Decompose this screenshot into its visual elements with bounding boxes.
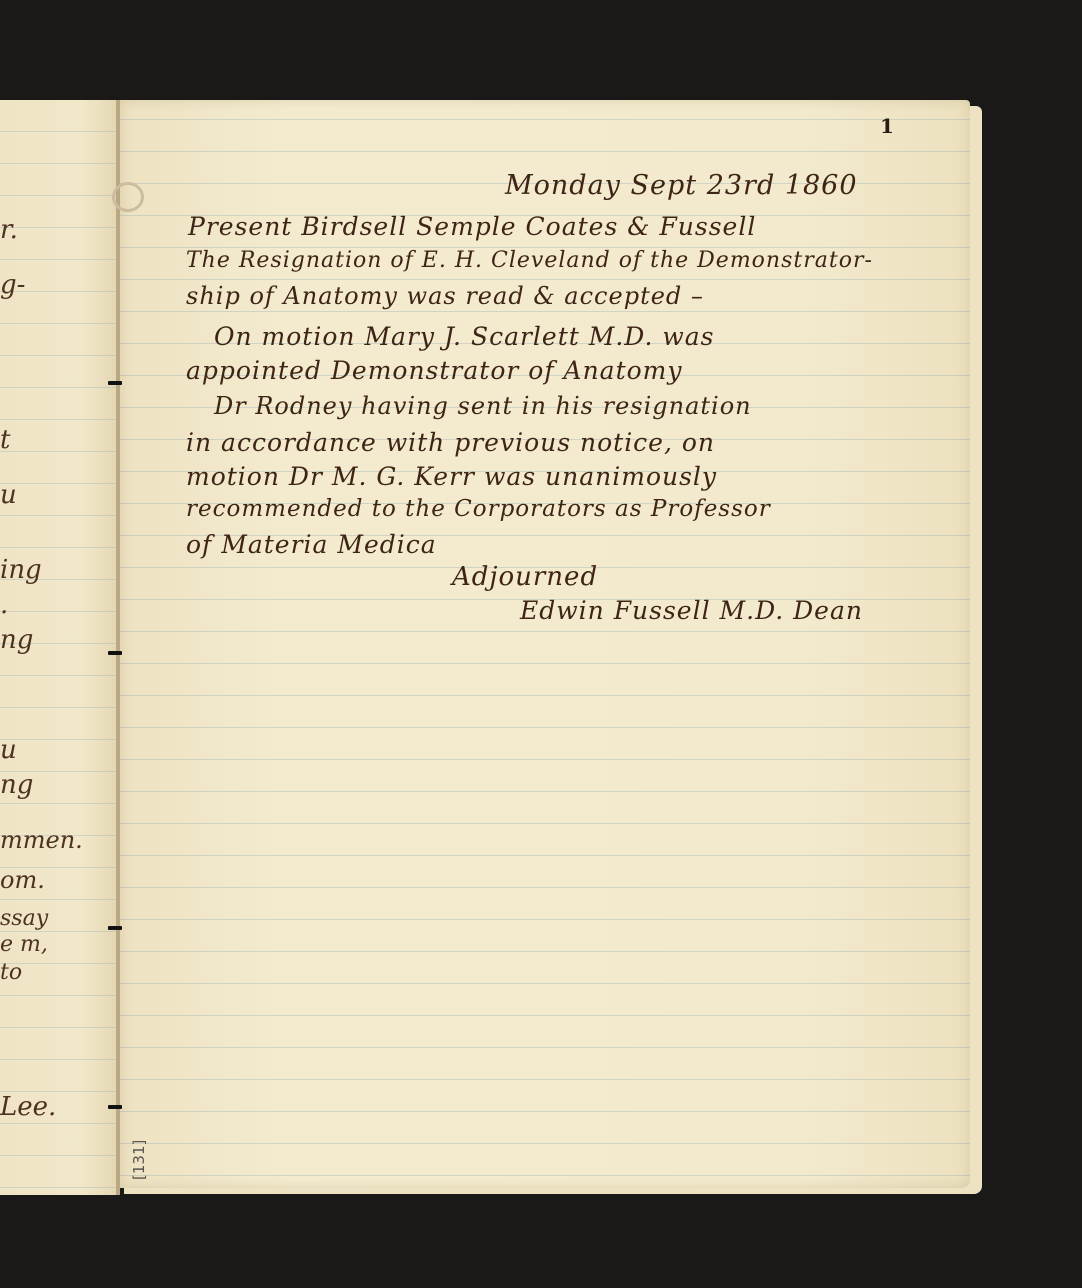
binding-stitch — [108, 381, 122, 385]
entry-line: appointed Demonstrator of Anatomy — [186, 356, 683, 385]
entry-line: recommended to the Corporators as Profes… — [186, 496, 771, 522]
left-page: r. g- t u ing . ng u ng mmen. om. ssay e… — [0, 100, 118, 1195]
entry-date: Monday Sept 23rd 1860 — [505, 170, 858, 201]
left-fragment: ng — [0, 625, 33, 655]
left-fragment: u — [0, 735, 17, 765]
left-fragment: u — [0, 480, 17, 510]
left-fragment: g- — [0, 270, 25, 300]
binding-stitch — [108, 651, 122, 655]
left-fragment: Lee. — [0, 1092, 56, 1122]
left-fragment: ssay — [0, 906, 48, 931]
binding-stitch — [108, 926, 122, 930]
binding-thread — [112, 182, 144, 212]
page-number: 1 — [880, 114, 894, 138]
entry-line: in accordance with previous notice, on — [186, 428, 715, 457]
left-fragment: . — [0, 590, 8, 620]
entry-line: Present Birdsell Semple Coates & Fussell — [188, 212, 756, 241]
left-fragment: t — [0, 425, 10, 455]
left-fragment: mmen. — [0, 826, 83, 854]
entry-line: motion Dr M. G. Kerr was unanimously — [186, 462, 717, 491]
left-fragment: r. — [0, 215, 18, 245]
entry-closing: Adjourned — [452, 562, 598, 592]
left-fragment: om. — [0, 866, 45, 894]
left-fragment: ng — [0, 770, 33, 800]
binding-spine — [116, 100, 120, 1195]
entry-line: ship of Anatomy was read & accepted – — [186, 282, 704, 310]
left-fragment: ing — [0, 555, 42, 585]
entry-line: of Materia Medica — [186, 530, 437, 559]
left-fragment: e m, — [0, 932, 48, 957]
entry-line: On motion Mary J. Scarlett M.D. was — [214, 322, 714, 351]
archive-stamp: [131] — [130, 1140, 148, 1180]
entry-line: Dr Rodney having sent in his resignation — [214, 392, 752, 420]
entry-line: The Resignation of E. H. Cleveland of th… — [186, 248, 873, 273]
binding-stitch — [108, 1105, 122, 1109]
left-fragment: to — [0, 960, 22, 985]
entry-signature: Edwin Fussell M.D. Dean — [520, 596, 863, 625]
